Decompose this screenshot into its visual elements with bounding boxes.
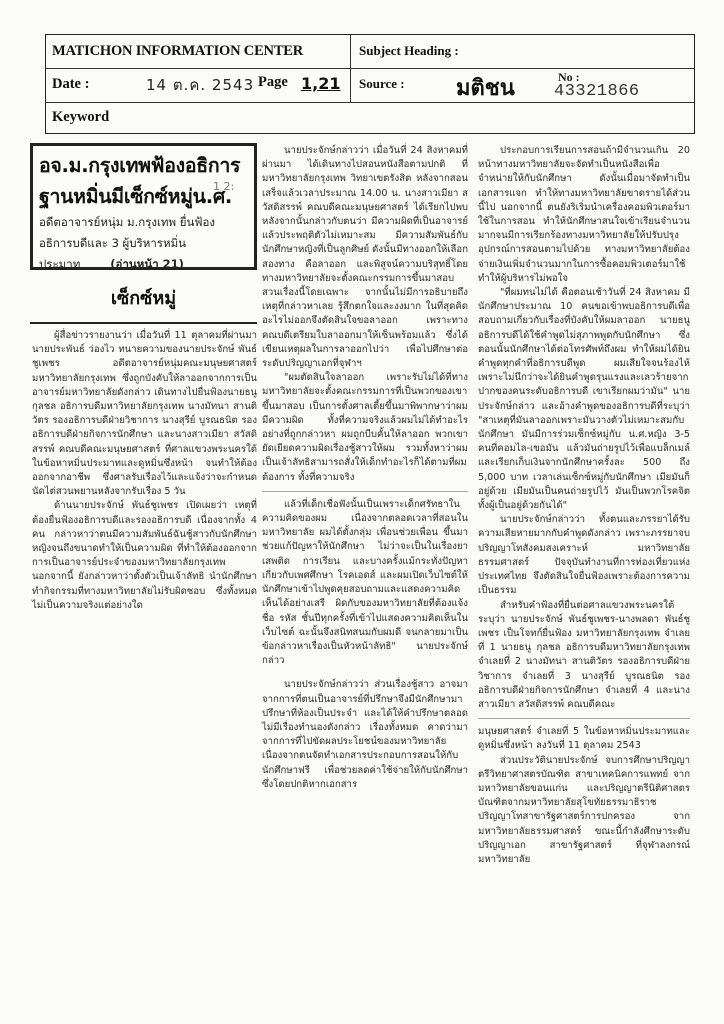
number-value-stamp: 43321866 (554, 82, 640, 101)
date-value-stamp: 14 ต.ค. 2543 (146, 73, 254, 97)
paragraph-gap (262, 668, 468, 678)
article-column-2: นายประจักษ์กล่าวว่า เมื่อวันที่ 24 สิงหา… (262, 144, 468, 792)
paragraph: แล้วที่เด็กเชื่อฟังนั้นเป็นเพราะเด็กศรัท… (262, 498, 468, 668)
handwritten-mark: 1 2: (213, 180, 234, 193)
paragraph: "ผมตัดสินใจลาออก เพราะรับไม่ได้ที่ทางมหา… (262, 371, 468, 485)
paragraph: ประกอบการเรียนการสอนถ้ามีจำนวนเกิน 20 หน… (478, 144, 690, 286)
page-value: 1,21 (301, 74, 340, 93)
article-column-1: ผู้สื่อข่าวรายงานว่า เมื่อวันที่ 11 ตุลา… (32, 329, 257, 613)
read-more-ref: (อ่านหน้า 21) (110, 257, 184, 271)
date-label: Date : (52, 76, 89, 93)
paragraph: ด้านนายประจักษ์ พันธ์ชูเพชร เปิดเผยว่า เ… (32, 499, 257, 613)
paragraph: สำหรับคำฟ้องที่ยื่นต่อศาลแขวงพระนครใต้ ร… (478, 599, 690, 713)
header-row-date-source: Date : 14 ต.ค. 2543 Page 1,21 Source : ม… (46, 68, 694, 103)
page-label: Page (258, 74, 288, 91)
center-title: MATICHON INFORMATION CENTER (52, 43, 303, 60)
deck-line-3: ประมาท(อ่านหน้า 21) (39, 254, 248, 275)
deck-text: ประมาท (39, 257, 80, 271)
source-value: มติชน (456, 70, 515, 105)
paragraph: นายประจักษ์กล่าวว่า ส่วนเรื่องชู้สาว อาจ… (262, 678, 468, 792)
deck-line-1: อดีตอาจารย์หนุ่ม ม.กรุงเทพ ยื่นฟ้อง (39, 212, 248, 233)
paragraph: "ที่ผมทนไม่ได้ คือตอนเช้าวันที่ 24 สิงหา… (478, 286, 690, 513)
paragraph: ส่วนประวัตินายประจักษ์ จบการศึกษาปริญญาต… (478, 754, 690, 868)
headline-box: อจ.ม.กรุงเทพฟ้องอธิการ ฐานหมิ่นมีเซ็กซ์ห… (30, 143, 257, 270)
subject-heading-label: Subject Heading : (359, 43, 459, 59)
header-divider (350, 35, 351, 102)
article-column-3: ประกอบการเรียนการสอนถ้ามีจำนวนเกิน 20 หน… (478, 144, 690, 867)
paragraph: มนุษยศาสตร์ จำเลยที่ 5 ในข้อหาหมิ่นประมา… (478, 725, 690, 753)
headline-line-1: อจ.ม.กรุงเทพฟ้องอธิการ (39, 150, 248, 181)
paragraph: ผู้สื่อข่าวรายงานว่า เมื่อวันที่ 11 ตุลา… (32, 329, 257, 499)
header-row-keyword: Keyword (46, 102, 694, 133)
keyword-label: Keyword (52, 109, 109, 126)
paragraph: นายประจักษ์กล่าวว่า ทั้งตนและภรรยาได้รับ… (478, 513, 690, 598)
subheading-rule (30, 322, 257, 324)
clipping-header-form: MATICHON INFORMATION CENTER Subject Head… (45, 34, 695, 134)
column-divider (478, 718, 690, 719)
subheading: เซ็กซ์หมู่ (30, 283, 257, 312)
column-divider (262, 491, 468, 492)
source-label: Source : (359, 76, 405, 92)
header-row-title: MATICHON INFORMATION CENTER Subject Head… (46, 35, 694, 69)
paragraph: นายประจักษ์กล่าวว่า เมื่อวันที่ 24 สิงหา… (262, 144, 468, 371)
deck-line-2: อธิการบดีและ 3 ผู้บริหารหมิ่น (39, 233, 248, 254)
